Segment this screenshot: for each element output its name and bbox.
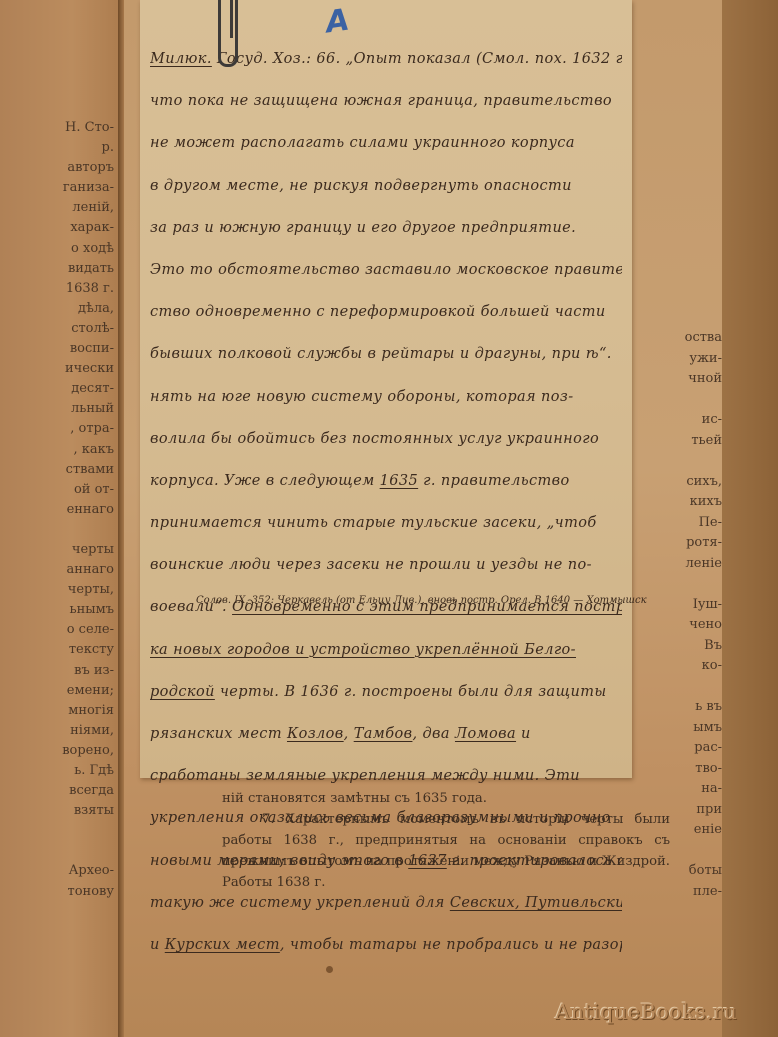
left-page-line: авторъ [0,158,114,178]
handwritten-line: сработаны земляные укрепления между ними… [150,755,622,797]
left-page-line: харак- [0,218,114,238]
left-page-line: ой от- [0,480,114,500]
handwritten-line: воевали“. Одновременно с этим предприним… [150,586,622,628]
printed-fragment-line: чено [632,615,722,636]
printed-fragment-line: тьей [632,431,722,452]
handwritten-line: в другом месте, не рискуя подвергнуть оп… [150,165,622,207]
left-page-line: еннаго [0,500,114,520]
printed-fragment-line: ужи- [632,349,722,370]
left-page-line: Н. Сто- [0,118,114,138]
left-page-line: ически [0,359,114,379]
left-page-line [0,520,114,540]
left-page-line: , отра- [0,419,114,439]
printed-fragment-line: тво- [632,759,722,780]
printed-fragment-line: рас- [632,738,722,759]
printed-fragment-line [632,451,722,472]
handwritten-line: такую же систему укреплений для Севских,… [150,882,622,924]
left-page-line [0,841,114,861]
printed-fragment-line: ко- [632,656,722,677]
left-page-line: нiями, [0,721,114,741]
printed-fragment-line: Пе- [632,513,722,534]
left-page-text-column: Н. Сто-р.авторъганиза-ленiй,харак-о ходѣ… [0,118,114,902]
printed-fragment-line: сихъ, [632,472,722,493]
left-page-line: , какъ [0,440,114,460]
printed-fragment-line: чной [632,369,722,390]
handwritten-line: родской черты. В 1636 г. построены были … [150,671,622,713]
printed-fragment-line: кихъ [632,492,722,513]
left-page-line: ганиза- [0,178,114,198]
handwritten-line: волила бы обойтись без постоянных услуг … [150,418,622,460]
printed-fragment-line: Въ [632,636,722,657]
printed-fragment-line: оства [632,328,722,349]
handwritten-line: корпуса. Уже в следующем 1635 г. правите… [150,460,622,502]
blue-pencil-letter-mark: A [324,3,352,41]
left-page-line: ьнымъ [0,600,114,620]
printed-fragment-line: ь въ [632,697,722,718]
handwritten-line: воинские люди через засеки не прошли и у… [150,544,622,586]
handwritten-line: ка новых городов и устройство укреплённо… [150,629,622,671]
handwritten-line: Это то обстоятельство заставило московск… [150,249,622,291]
left-page-line: о ходѣ [0,239,114,259]
handwritten-line: не может располагать силами украинного к… [150,122,622,164]
printed-fragment-line: ис- [632,410,722,431]
handwritten-line: ство одновременно с переформировкой боль… [150,291,622,333]
left-page-line: 1638 г. [0,279,114,299]
left-page-line: льный [0,399,114,419]
handwritten-lines: Милюк. Госуд. Хоз.: 66. „Опыт показал (С… [150,38,622,966]
handwritten-line: рязанских мест Козлов, Тамбов, два Ломов… [150,713,622,755]
left-page-line: аннаго [0,560,114,580]
interlinear-note: Солов. IX, 352: Черкавель (от Ельцу Лив.… [196,595,647,606]
left-page-line: о селе- [0,620,114,640]
printed-fragment-line: ротя- [632,533,722,554]
left-page-line: тонову [0,882,114,902]
handwritten-line: бывших полковой службы в рейтары и драгу… [150,333,622,375]
handwritten-line: за раз и южную границу и его другое пред… [150,207,622,249]
left-page-line: ворено, [0,741,114,761]
left-page-line: воспи- [0,339,114,359]
left-page-line: Архео- [0,861,114,881]
left-page-line [0,821,114,841]
left-page-line: многiя [0,701,114,721]
handwritten-line: укрепления оказались весьма благоразумны… [150,797,622,839]
left-page-line: тексту [0,640,114,660]
watermark: AntiqueBooks.ru [555,1000,737,1024]
left-page-line: столѣ- [0,319,114,339]
page-edge-right [722,0,778,1037]
left-page: Н. Сто-р.авторъганиза-ленiй,харак-о ходѣ… [0,0,120,1037]
left-page-line: всегда [0,781,114,801]
left-page-line: ь. Гдѣ [0,761,114,781]
left-page-line: р. [0,138,114,158]
handwritten-line: новыми мерами; ввиду этого в 1637 г. про… [150,840,622,882]
printed-fragment-line: ымъ [632,718,722,739]
printed-fragment-line [632,677,722,698]
handwritten-line: что пока не защищена южная граница, прав… [150,80,622,122]
left-page-line: ленiй, [0,198,114,218]
paper-stain-dot [326,966,333,973]
photo-scene: Н. Сто-р.авторъганиза-ленiй,харак-о ходѣ… [0,0,778,1037]
left-page-line: черты [0,540,114,560]
left-page-line: дѣла, [0,299,114,319]
handwritten-note-slip: Милюк. Госуд. Хоз.: 66. „Опыт показал (С… [140,0,632,778]
handwritten-line: и Курских мест, чтобы татары не пробрали… [150,924,622,966]
handwritten-line: принимается чинить старые тульские засек… [150,502,622,544]
left-page-line: взяты [0,801,114,821]
left-page-line: десят- [0,379,114,399]
printed-fragment-line [632,574,722,595]
printed-fragment-line [632,390,722,411]
left-page-line: въ из- [0,661,114,681]
left-page-line: ствами [0,460,114,480]
left-page-line: черты, [0,580,114,600]
printed-fragment-line: ленiе [632,554,722,575]
left-page-line: видать [0,259,114,279]
paperclip-icon [218,0,238,67]
handwritten-line: нять на юге новую систему обороны, котор… [150,376,622,418]
left-page-line: емени; [0,681,114,701]
